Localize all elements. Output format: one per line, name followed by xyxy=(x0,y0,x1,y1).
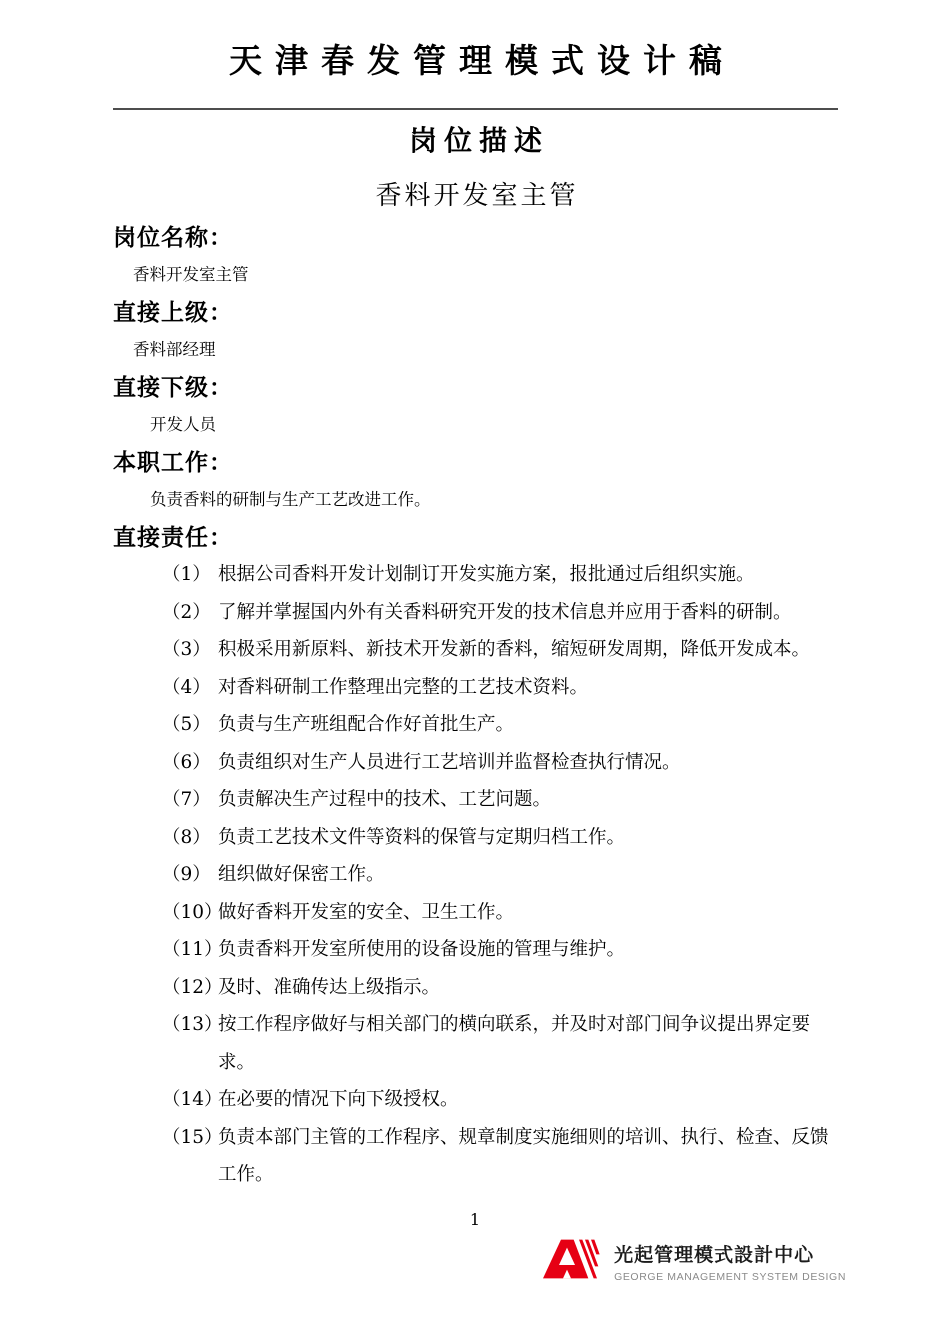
duty-number: （3） xyxy=(162,631,218,669)
duty-text: 做好香料开发室的安全、卫生工作。 xyxy=(218,894,838,932)
field-block: 岗位名称： 香料开发室主管 xyxy=(113,218,838,293)
duty-text: 按工作程序做好与相关部门的横向联系，并及时对部门间争议提出界定要求。 xyxy=(218,1006,838,1081)
duty-text: 了解并掌握国内外有关香料研究开发的技术信息并应用于香料的研制。 xyxy=(218,594,838,632)
duty-number: （13） xyxy=(162,1006,218,1081)
duty-item: （15） 负责本部门主管的工作程序、规章制度实施细则的培训、执行、检查、反馈工作… xyxy=(113,1119,838,1194)
duty-number: （10） xyxy=(162,894,218,932)
field-label: 本职工作： xyxy=(113,443,838,481)
duty-number: （11） xyxy=(162,931,218,969)
duties-section: 直接责任： （1） 根据公司香料开发计划制订开发实施方案，报批通过后组织实施。 … xyxy=(113,518,838,1194)
footer-logo: 光起管理模式設計中心 GEORGE MANAGEMENT SYSTEM DESI… xyxy=(537,1230,846,1288)
duties-list: （1） 根据公司香料开发计划制订开发实施方案，报批通过后组织实施。 （2） 了解… xyxy=(113,556,838,1194)
duty-item: （6） 负责组织对生产人员进行工艺培训并监督检查执行情况。 xyxy=(113,744,838,782)
logo-english-name: GEORGE MANAGEMENT SYSTEM DESIGN xyxy=(614,1270,846,1284)
duty-text: 负责解决生产过程中的技术、工艺问题。 xyxy=(218,781,838,819)
duty-number: （9） xyxy=(162,856,218,894)
duty-number: （7） xyxy=(162,781,218,819)
duty-number: （15） xyxy=(162,1119,218,1194)
field-label: 直接上级： xyxy=(113,293,838,331)
duty-item: （4） 对香料研制工作整理出完整的工艺技术资料。 xyxy=(113,669,838,707)
field-value: 开发人员 xyxy=(113,406,838,443)
duty-number: （4） xyxy=(162,669,218,707)
duty-text: 负责与生产班组配合作好首批生产。 xyxy=(218,706,838,744)
doc-header-title: 天津春发管理模式设计稿 xyxy=(113,34,838,88)
duty-item: （14） 在必要的情况下向下级授权。 xyxy=(113,1081,838,1119)
field-value: 香料开发室主管 xyxy=(113,256,838,293)
section-title: 岗位描述 xyxy=(113,124,838,158)
duty-item: （8） 负责工艺技术文件等资料的保管与定期归档工作。 xyxy=(113,819,838,857)
duty-item: （3） 积极采用新原料、新技术开发新的香料，缩短研发周期，降低开发成本。 xyxy=(113,631,838,669)
field-block: 本职工作： 负责香料的研制与生产工艺改进工作。 xyxy=(113,443,838,518)
duties-label: 直接责任： xyxy=(113,518,838,556)
duty-number: （6） xyxy=(162,744,218,782)
duty-text: 组织做好保密工作。 xyxy=(218,856,838,894)
duty-item: （13） 按工作程序做好与相关部门的横向联系，并及时对部门间争议提出界定要求。 xyxy=(113,1006,838,1081)
title-divider xyxy=(113,108,838,110)
duty-text: 对香料研制工作整理出完整的工艺技术资料。 xyxy=(218,669,838,707)
duty-number: （1） xyxy=(162,556,218,594)
duty-text: 负责工艺技术文件等资料的保管与定期归档工作。 xyxy=(218,819,838,857)
duty-item: （12） 及时、准确传达上级指示。 xyxy=(113,969,838,1007)
duty-text: 负责本部门主管的工作程序、规章制度实施细则的培训、执行、检查、反馈工作。 xyxy=(218,1119,838,1194)
duty-item: （10） 做好香料开发室的安全、卫生工作。 xyxy=(113,894,838,932)
duty-number: （12） xyxy=(162,969,218,1007)
duty-text: 负责组织对生产人员进行工艺培训并监督检查执行情况。 xyxy=(218,744,838,782)
duty-text: 及时、准确传达上级指示。 xyxy=(218,969,838,1007)
duty-number: （14） xyxy=(162,1081,218,1119)
duty-item: （5） 负责与生产班组配合作好首批生产。 xyxy=(113,706,838,744)
page-number: 1 xyxy=(0,1210,950,1230)
field-label: 岗位名称： xyxy=(113,218,838,256)
duty-text: 根据公司香料开发计划制订开发实施方案，报批通过后组织实施。 xyxy=(218,556,838,594)
logo-chinese-name: 光起管理模式設計中心 xyxy=(614,1243,846,1269)
duty-number: （2） xyxy=(162,594,218,632)
field-block: 直接上级： 香料部经理 xyxy=(113,293,838,368)
duty-item: （2） 了解并掌握国内外有关香料研究开发的技术信息并应用于香料的研制。 xyxy=(113,594,838,632)
field-label: 直接下级： xyxy=(113,368,838,406)
duty-text: 负责香料开发室所使用的设备设施的管理与维护。 xyxy=(218,931,838,969)
document-page: 天津春发管理模式设计稿 岗位描述 香料开发室主管 岗位名称： 香料开发室主管 直… xyxy=(0,0,950,1344)
field-value: 负责香料的研制与生产工艺改进工作。 xyxy=(113,481,838,518)
duty-number: （5） xyxy=(162,706,218,744)
duty-item: （1） 根据公司香料开发计划制订开发实施方案，报批通过后组织实施。 xyxy=(113,556,838,594)
field-value: 香料部经理 xyxy=(113,331,838,368)
duty-item: （11） 负责香料开发室所使用的设备设施的管理与维护。 xyxy=(113,931,838,969)
duty-text: 积极采用新原料、新技术开发新的香料，缩短研发周期，降低开发成本。 xyxy=(218,631,838,669)
field-list: 岗位名称： 香料开发室主管 直接上级： 香料部经理 直接下级： 开发人员 本职工… xyxy=(113,218,838,518)
duty-number: （8） xyxy=(162,819,218,857)
duty-item: （9） 组织做好保密工作。 xyxy=(113,856,838,894)
logo-a-mark-icon xyxy=(537,1230,601,1288)
duty-item: （7） 负责解决生产过程中的技术、工艺问题。 xyxy=(113,781,838,819)
field-block: 直接下级： 开发人员 xyxy=(113,368,838,443)
logo-text-block: 光起管理模式設計中心 GEORGE MANAGEMENT SYSTEM DESI… xyxy=(614,1230,846,1284)
duty-text: 在必要的情况下向下级授权。 xyxy=(218,1081,838,1119)
position-title: 香料开发室主管 xyxy=(113,180,838,212)
